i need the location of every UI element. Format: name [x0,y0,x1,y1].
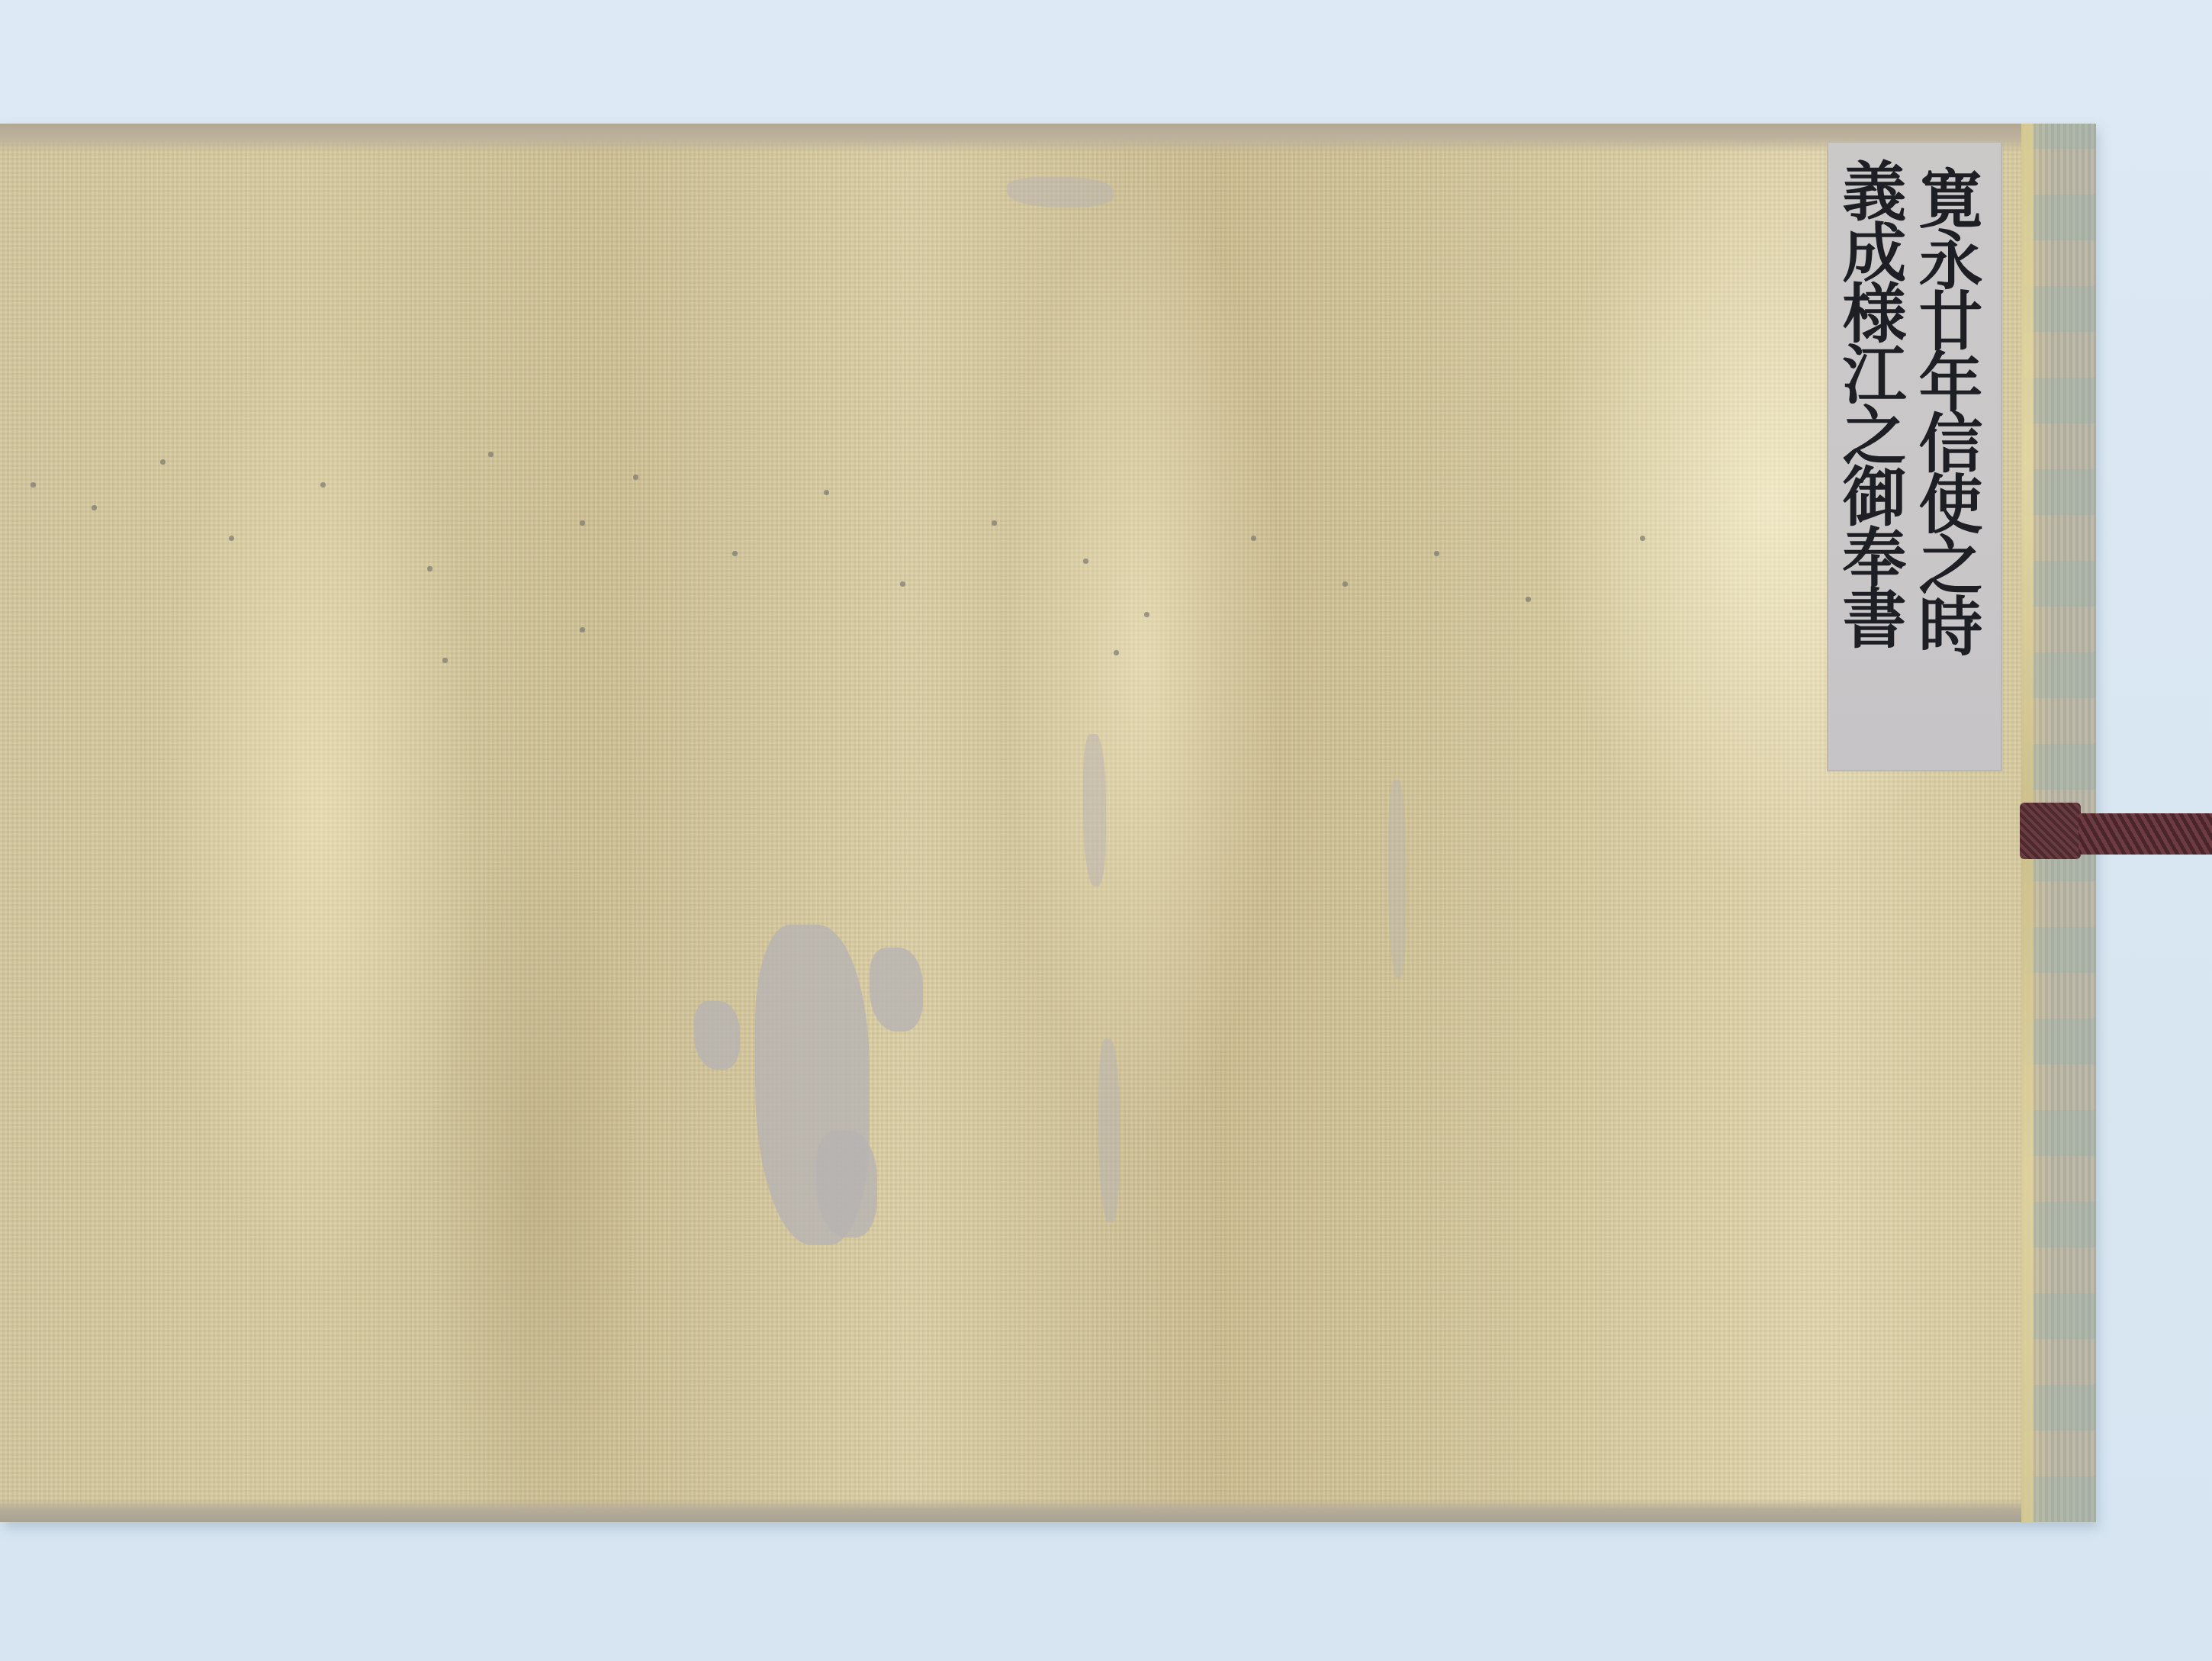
ink-speck [160,459,166,465]
cord-knot [2020,803,2081,859]
ink-speck [488,452,494,457]
title-label: 寛永廿年信使之時 義成様江之御奉書 [1827,141,2002,771]
ink-speck [320,482,326,488]
paper-bottom-edge [0,1499,2021,1522]
ink-speck [427,566,432,571]
gold-leaf-paper [0,124,2021,1522]
ink-speck [229,536,234,541]
ink-speck [992,520,997,526]
ink-speck [1342,581,1348,587]
worn-patch [1388,780,1407,978]
ink-speck [92,505,97,510]
worn-patch [1098,1039,1120,1222]
worn-patch [870,948,923,1032]
ink-speck [1251,536,1256,541]
handscroll [0,124,2094,1522]
worn-patch [816,1131,877,1238]
ink-speck [442,658,448,663]
ink-speck [1083,558,1088,564]
ink-speck [580,520,585,526]
ink-speck [900,581,905,587]
worn-patch [1083,734,1106,887]
worn-patch [1007,177,1114,208]
braided-cord [2079,813,2212,855]
worn-patch [694,1001,740,1070]
label-text-right-column: 寛永廿年信使之時 [1914,166,1978,654]
ink-speck [1526,597,1531,602]
label-text-left-column: 義成様江之御奉書 [1837,158,1902,646]
ink-speck [1144,612,1149,617]
ink-speck [633,475,638,480]
ink-speck [732,551,738,556]
ink-speck [31,482,36,488]
ink-speck [1114,650,1119,655]
ink-speck [1434,551,1439,556]
ink-speck [580,627,585,633]
ink-speck [824,490,829,495]
paper-top-edge [0,124,2021,153]
ink-speck [1640,536,1645,541]
